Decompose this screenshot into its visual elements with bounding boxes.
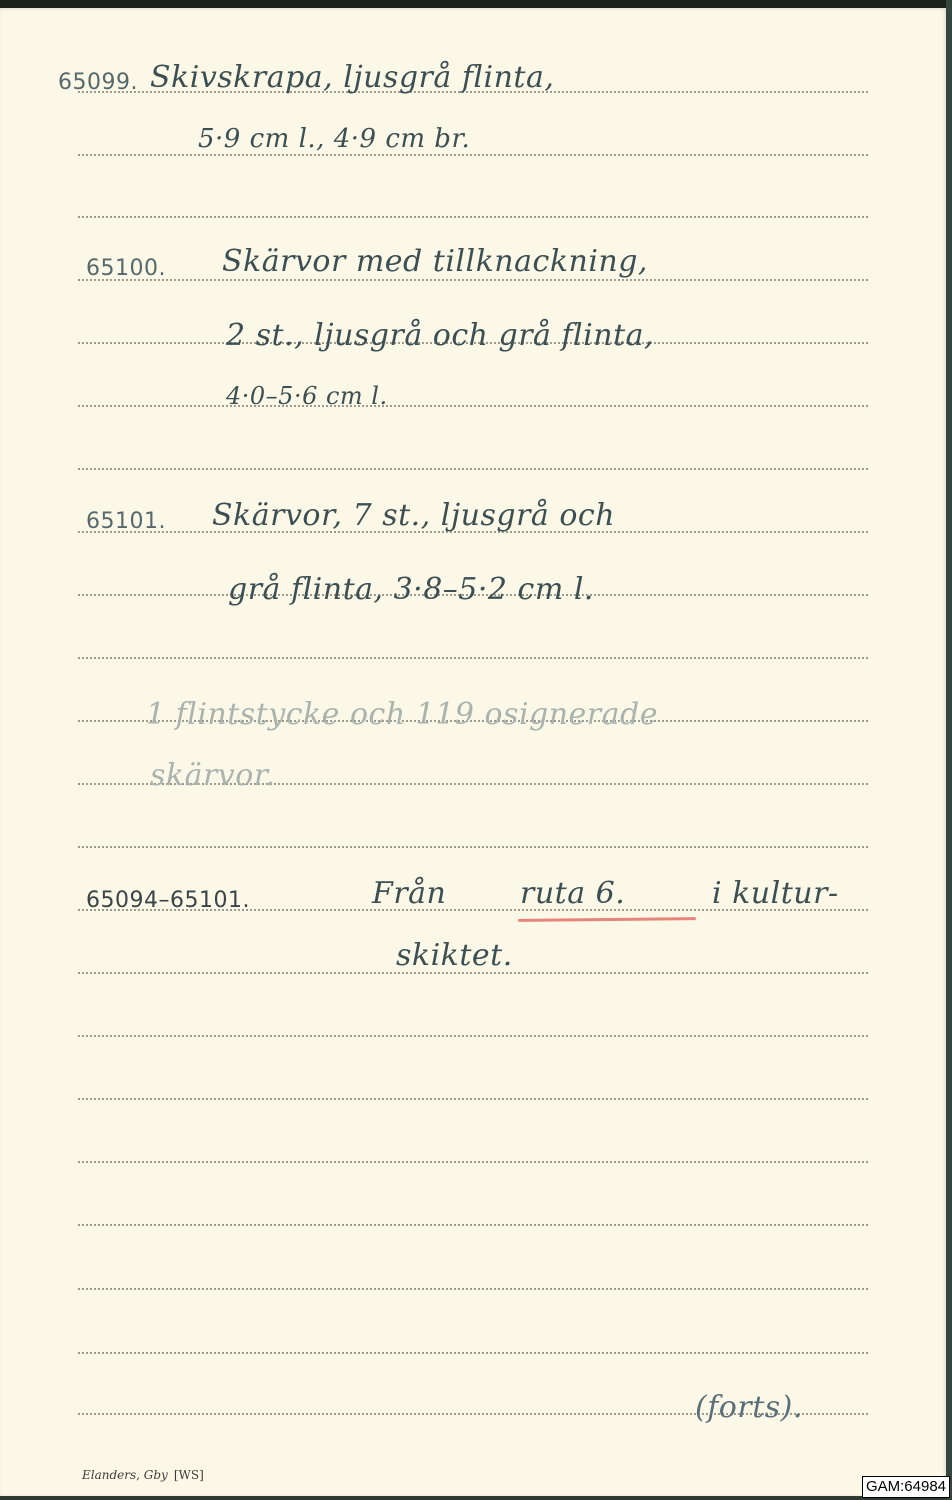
ruled-dotted-line: [78, 468, 868, 470]
ruled-dotted-line: [78, 1288, 868, 1290]
faint-note-line: 1 flintstycke och 119 osignerade: [146, 697, 658, 732]
range-continuation: skiktet.: [396, 938, 513, 973]
entry-number: 65099.: [58, 70, 138, 95]
ruled-dotted-line: [78, 846, 868, 848]
entry-number: 65101.: [86, 509, 166, 534]
entry-number: 65100.: [86, 256, 166, 281]
range-text-before: Från: [372, 876, 446, 911]
scan-top-edge: [0, 0, 952, 8]
ruled-dotted-line: [78, 1098, 868, 1100]
range-underlined-text: ruta 6.: [520, 876, 625, 911]
archive-id-stamp: GAM:64984: [862, 1476, 950, 1498]
ruled-dotted-line: [78, 279, 868, 281]
entry-text-line: grå flinta, 3·8–5·2 cm l.: [228, 572, 594, 607]
ruled-dotted-line: [78, 657, 868, 659]
continued-note: (forts).: [695, 1390, 803, 1425]
ruled-dotted-line: [78, 216, 868, 218]
faint-note-line: skärvor.: [150, 758, 275, 793]
entry-text-line: 4·0–5·6 cm l.: [226, 382, 388, 410]
ruled-dotted-line: [78, 405, 868, 407]
ruled-dotted-line: [78, 1035, 868, 1037]
catalog-card: [0, 8, 946, 1496]
scan-right-edge: [946, 0, 952, 1500]
entry-text-line: Skivskrapa, ljusgrå flinta,: [150, 60, 554, 95]
printer-imprint: Elanders, Gby[WS]: [82, 1468, 204, 1482]
range-text-after: i kultur-: [712, 876, 839, 911]
ruled-dotted-line: [78, 154, 868, 156]
entry-text-line: 2 st., ljusgrå och grå flinta,: [226, 318, 654, 353]
printer-name: Elanders, Gby: [82, 1468, 168, 1482]
ruled-dotted-line: [78, 1161, 868, 1163]
entry-text-line: Skärvor, 7 st., ljusgrå och: [212, 498, 615, 533]
printer-code: [WS]: [174, 1468, 204, 1482]
entry-text-line: 5·9 cm l., 4·9 cm br.: [198, 124, 470, 154]
entry-text-line: Skärvor med tillknackning,: [222, 244, 648, 279]
ruled-dotted-line: [78, 1224, 868, 1226]
ruled-dotted-line: [78, 1352, 868, 1354]
range-number: 65094–65101.: [86, 888, 250, 913]
